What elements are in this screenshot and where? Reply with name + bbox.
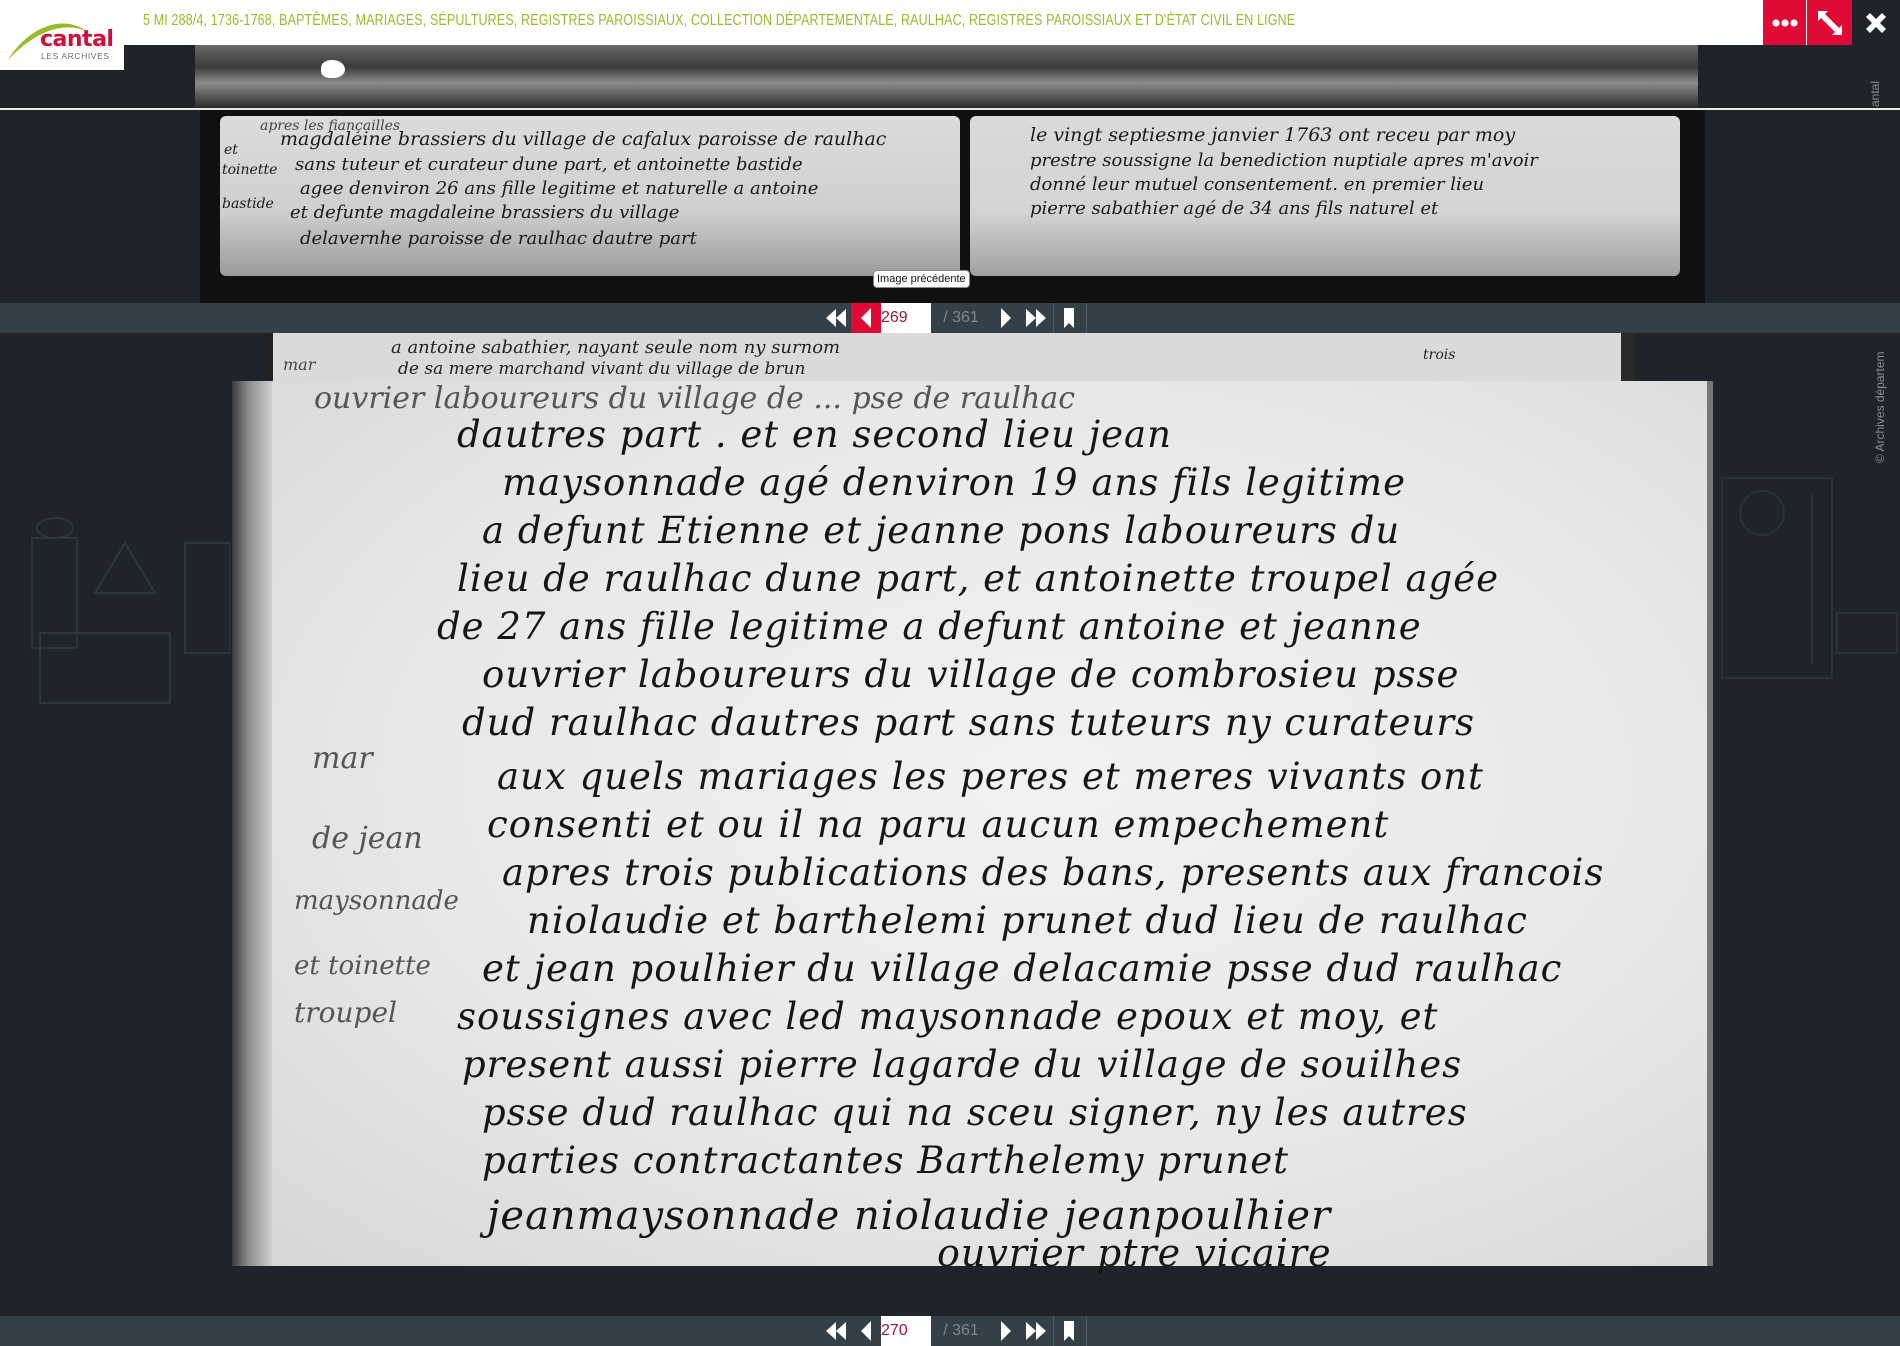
handwriting-line: apres trois publications des bans, prese… [502,851,1604,894]
next-page-button[interactable] [991,1316,1021,1346]
margin-note: toinette [222,162,277,178]
margin-note: trois [1423,347,1455,363]
bookmark-button[interactable] [1054,1316,1084,1346]
margin-note: mar [283,355,315,374]
handwriting-line: de 27 ans fille legitime a defunt antoin… [437,605,1422,648]
margin-note: maysonnade [294,886,459,916]
handwriting-line: present aussi pierre lagarde du village … [462,1043,1462,1086]
page-total: / 361 [931,1316,991,1346]
chevron-right-icon [999,307,1013,329]
pager-controls: / 361 [821,1316,1087,1346]
scan-fragment-upper [195,45,1698,108]
handwriting-line: aux quels mariages les peres et meres vi… [497,755,1484,798]
divider-line [0,108,1900,110]
signature-line: ouvrier ptre vicaire [937,1231,1332,1275]
ellipsis-icon [1772,18,1798,28]
handwriting-line: le vingt septiesme janvier 1763 ont rece… [1030,124,1515,146]
scan-right-edge [1707,381,1713,1266]
margin-note: bastide [222,196,274,212]
last-page-button[interactable] [1021,1316,1051,1346]
paper-blot [321,60,345,78]
handwriting-line: agee denviron 26 ans fille legitime et n… [300,178,818,199]
handwriting-line: psse dud raulhac qui na sceu signer, ny … [482,1091,1468,1134]
scan-left-page: apres les fiançailles magdaleine brassie… [220,116,960,276]
handwriting-line: soussignes avec led maysonnade epoux et … [457,995,1438,1038]
cantal-archives-logo[interactable]: cantal LES ARCHIVES [0,0,124,70]
main-image-viewer[interactable]: a antoine sabathier, nayant seule nom ny… [0,333,1900,1316]
margin-note: et toinette [294,951,431,981]
bookmark-icon [1062,1320,1076,1342]
handwriting-line: maysonnade agé denviron 19 ans fils legi… [502,461,1406,504]
background-illustration-king-card-icon [1712,473,1900,733]
handwriting-line: lieu de raulhac dune part, et antoinette… [457,557,1499,600]
previous-image-viewer[interactable]: apres les fiançailles magdaleine brassie… [0,45,1900,303]
page-number-input[interactable] [881,1316,931,1346]
copyright-credit: © Archives départem [1873,351,1887,463]
more-options-button[interactable] [1763,0,1806,45]
document-title: 5 MI 288/4, 1736-1768, BAPTÊMES, MARIAGE… [143,12,1295,30]
double-chevron-left-icon [824,1321,848,1341]
chevron-right-icon [999,1320,1013,1342]
previous-page-button[interactable] [851,1316,881,1346]
handwriting-line: delavernhe paroisse de raulhac dautre pa… [300,228,697,249]
double-chevron-right-icon [1024,308,1048,328]
logo-wordmark: cantal [40,27,113,52]
margin-note: et [224,142,238,158]
toolbar-separator [1086,303,1087,333]
first-page-button[interactable] [821,1316,851,1346]
next-page-button[interactable] [991,303,1021,333]
handwriting-line: consenti et ou il na paru aucun empechem… [487,803,1389,846]
close-x-icon [1863,10,1889,36]
first-page-button[interactable] [821,303,851,333]
handwriting-line: sans tuteur et curateur dune part, et an… [295,154,803,175]
scan-binding-edge [232,381,272,1266]
page-total: / 361 [931,303,991,333]
margin-note: troupel [294,996,397,1029]
handwriting-line: a antoine sabathier, nayant seule nom ny… [391,337,840,358]
page-number-input[interactable] [881,303,931,333]
chevron-left-icon [859,1320,873,1342]
bookmark-icon [1062,307,1076,329]
close-viewer-button[interactable] [1852,0,1900,45]
handwriting-line: dud raulhac dautres part sans tuteurs ny… [462,701,1475,744]
handwriting-line: prestre soussigne la benediction nuptial… [1030,150,1538,171]
double-chevron-right-icon [1024,1321,1048,1341]
handwriting-line: a defunt Etienne et jeanne pons laboureu… [482,509,1400,552]
last-page-button[interactable] [1021,303,1051,333]
toolbar-separator [1086,1316,1087,1346]
handwriting-line: magdaleine brassiers du village de cafal… [280,128,886,150]
handwriting-line: dautres part . et en second lieu jean [457,413,1172,456]
handwriting-line: et defunte magdaleine brassiers du villa… [290,202,679,223]
handwriting-line: donné leur mutuel consentement. en premi… [1030,174,1484,195]
margin-note: de jean [312,821,423,856]
document-viewer-app: 5 MI 288/4, 1736-1768, BAPTÊMES, MARIAGE… [0,0,1900,1346]
pager-toolbar-bottom: / 361 [0,1316,1900,1346]
scan-image-page-270[interactable]: ouvrier laboureurs du village de ... pse… [232,381,1713,1266]
previous-page-button[interactable] [851,303,881,333]
bookmark-button[interactable] [1054,303,1084,333]
handwriting-line: ouvrier laboureurs du village de combros… [482,653,1459,696]
handwriting-line: de sa mere marchand vivant du village de… [398,359,805,379]
previous-scan-strip: a antoine sabathier, nayant seule nom ny… [265,333,1635,381]
copyright-credit-fragment: antal [1868,81,1882,107]
logo-subtitle: LES ARCHIVES [41,51,110,61]
handwriting-line: et jean poulhier du village delacamie ps… [482,947,1562,990]
previous-image-tooltip: Image précédente [873,270,970,288]
background-illustration-church-icon [0,483,230,713]
pager-toolbar-top: / 361 [0,303,1900,333]
fullscreen-button[interactable] [1807,0,1852,45]
expand-arrows-icon [1816,9,1844,37]
scan-right-page: le vingt septiesme janvier 1763 ont rece… [970,116,1680,276]
chevron-left-icon [859,307,873,329]
handwriting-line: ouvrier laboureurs du village de ... pse… [314,381,1075,416]
handwriting-line: niolaudie et barthelemi prunet dud lieu … [527,899,1528,942]
double-chevron-left-icon [824,308,848,328]
margin-note: mar [312,741,373,776]
handwriting-line: parties contractantes Barthelemy prunet [482,1139,1289,1182]
handwriting-line: pierre sabathier agé de 34 ans fils natu… [1030,198,1438,219]
header-bar: 5 MI 288/4, 1736-1768, BAPTÊMES, MARIAGE… [0,0,1900,45]
pager-controls: / 361 [821,303,1087,333]
